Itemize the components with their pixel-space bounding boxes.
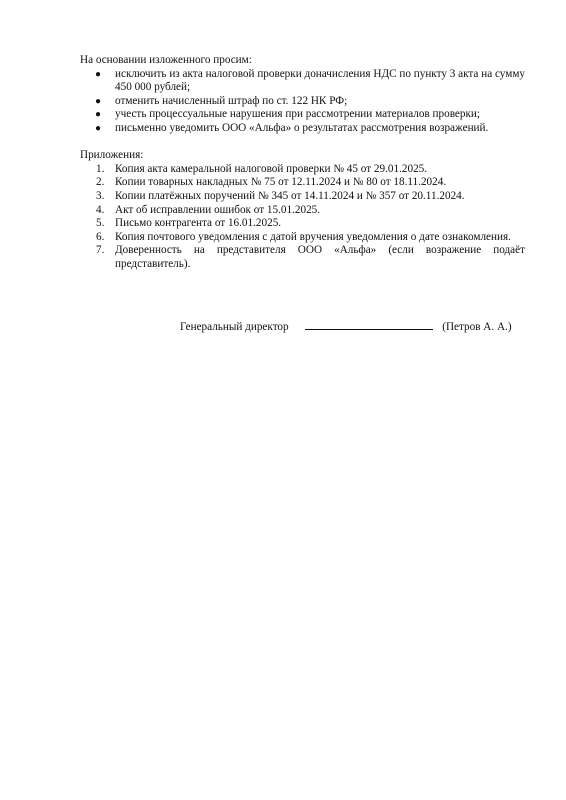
annex-text: Письмо контрагента от 16.01.2025. [115,217,281,229]
annex-number: 1. [96,163,104,177]
request-item-text: учесть процессуальные нарушения при расс… [115,108,480,120]
bullet-icon: ● [95,108,101,122]
annex-item: 6. Копия почтового уведомления с датой в… [80,231,525,245]
annex-text: Копии платёжных поручений № 345 от 14.11… [115,190,465,202]
signatory-role: Генеральный директор [180,321,289,335]
annex-number: 3. [96,190,104,204]
request-item-text: отменить начисленный штраф по ст. 122 НК… [115,95,347,107]
document-page: На основании изложенного просим: ● исклю… [80,54,525,272]
annex-number: 7. [96,244,104,258]
annex-text: Доверенность на представителя ООО «Альфа… [115,244,525,270]
request-item-text: исключить из акта налоговой проверки дон… [115,68,525,94]
signatory-name: (Петров А. А.) [442,321,511,335]
annex-text: Копия акта камеральной налоговой проверк… [115,163,427,175]
annexes-list: 1. Копия акта камеральной налоговой пров… [80,163,525,272]
signature-block: Генеральный директор (Петров А. А.) [180,320,540,335]
bullet-icon: ● [95,68,101,82]
annex-number: 6. [96,231,104,245]
request-item: ● отменить начисленный штраф по ст. 122 … [80,95,525,109]
annex-number: 5. [96,217,104,231]
annex-text: Копия почтового уведомления с датой вруч… [115,231,511,243]
request-item: ● письменно уведомить ООО «Альфа» о резу… [80,122,525,136]
annex-number: 2. [96,176,104,190]
bullet-icon: ● [95,122,101,136]
annex-item: 7. Доверенность на представителя ООО «Ал… [80,244,525,271]
annex-item: 2. Копии товарных накладных № 75 от 12.1… [80,176,525,190]
spacer [80,136,525,150]
annex-item: 1. Копия акта камеральной налоговой пров… [80,163,525,177]
bullet-icon: ● [95,95,101,109]
request-item: ● исключить из акта налоговой проверки д… [80,68,525,95]
annex-item: 5. Письмо контрагента от 16.01.2025. [80,217,525,231]
request-item: ● учесть процессуальные нарушения при ра… [80,108,525,122]
annex-text: Акт об исправлении ошибок от 15.01.2025. [115,204,320,216]
request-item-text: письменно уведомить ООО «Альфа» о резуль… [115,122,488,134]
annex-item: 3. Копии платёжных поручений № 345 от 14… [80,190,525,204]
annexes-heading: Приложения: [80,149,525,163]
request-list: ● исключить из акта налоговой проверки д… [80,68,525,136]
signature-line [305,320,433,330]
annex-number: 4. [96,204,104,218]
annex-item: 4. Акт об исправлении ошибок от 15.01.20… [80,204,525,218]
request-intro: На основании изложенного просим: [80,54,525,68]
annex-text: Копии товарных накладных № 75 от 12.11.2… [115,176,446,188]
